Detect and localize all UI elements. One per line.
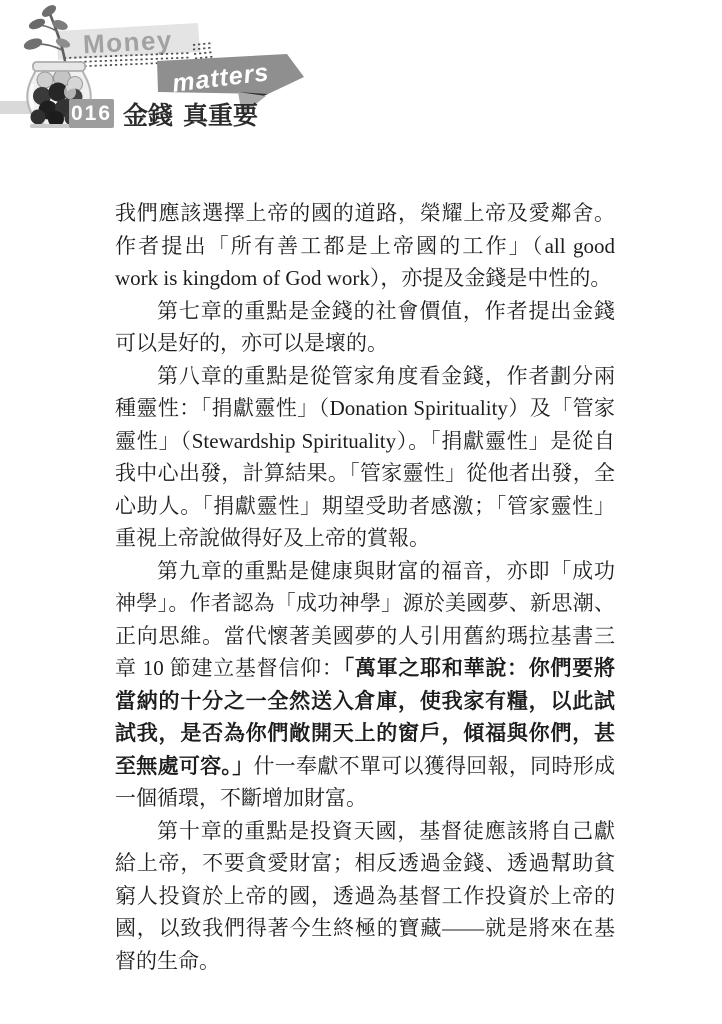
chapter-title-part2: 真重要 [183,96,258,132]
body-text-segment: 第七章的重點是金錢的社會價值，作者提出金錢可以是好的，亦可以是壞的。 [115,299,615,356]
money-banner: Money [56,23,200,60]
paragraph-3: 第八章的重點是從管家角度看金錢，作者劃分兩種靈性：「捐獻靈性」（Donation… [115,360,615,555]
paragraph-2: 第七章的重點是金錢的社會價值，作者提出金錢可以是好的，亦可以是壞的。 [115,295,615,360]
left-band-decoration [0,101,68,114]
paragraph-5: 第十章的重點是投資天國，基督徒應該將自己獻給上帝，不要貪愛財富；相反透過金錢、透… [115,815,615,978]
book-page: Money matters [0,0,722,1024]
body-text-segment: 我們應該選擇上帝的國的道路，榮耀上帝及愛鄰舍。作者提出「所有善工都是上帝國的工作… [115,201,615,290]
paragraph-1: 我們應該選擇上帝的國的道路，榮耀上帝及愛鄰舍。作者提出「所有善工都是上帝國的工作… [115,197,615,295]
chapter-title: 金錢 真重要 [123,98,258,129]
dotted-texture [64,43,216,67]
body-text-segment: 第八章的重點是從管家角度看金錢，作者劃分兩種靈性：「捐獻靈性」（Donation… [115,364,615,551]
paragraph-4: 第九章的重點是健康與財富的福音，亦即「成功神學」。作者認為「成功神學」源於美國夢… [115,555,615,815]
body-text-block: 我們應該選擇上帝的國的道路，榮耀上帝及愛鄰舍。作者提出「所有善工都是上帝國的工作… [115,197,615,977]
matters-banner-label: matters [171,58,271,98]
money-banner-label: Money [82,25,173,60]
page-number-badge: 016 [69,99,114,128]
chapter-title-part1: 金錢 [123,96,173,132]
body-text-segment: 第十章的重點是投資天國，基督徒應該將自己獻給上帝，不要貪愛財富；相反透過金錢、透… [115,819,615,973]
